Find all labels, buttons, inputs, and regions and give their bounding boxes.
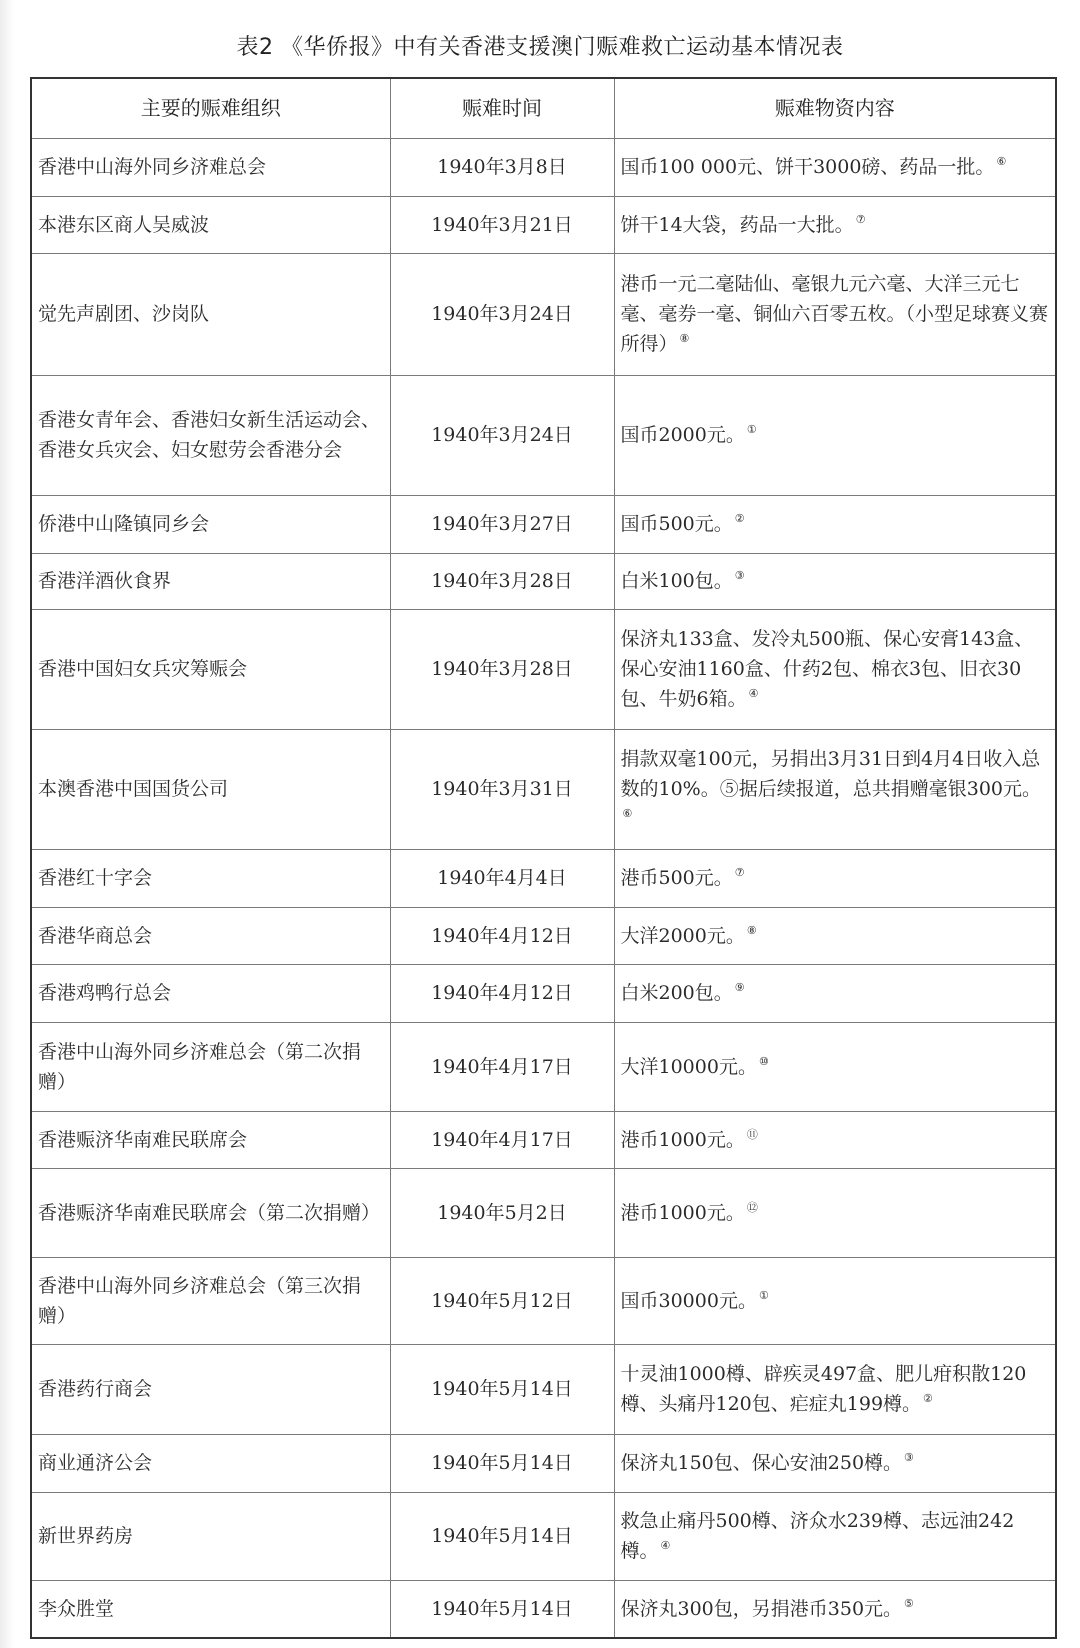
goods-cell-text: 白米200包。 (621, 982, 733, 1004)
goods-cell-text: 白米100包。 (621, 570, 733, 592)
goods-cell-text: 国币500元。 (621, 513, 733, 535)
footnote-marker: ④ (661, 1539, 671, 1552)
table-row: 香港药行商会1940年5月14日十灵油1000樽、辟疾灵497盒、肥儿疳积散12… (31, 1344, 1056, 1434)
date-cell-text: 1940年5月2日 (437, 1202, 567, 1224)
date-cell: 1940年3月8日 (390, 138, 614, 196)
goods-cell: 保济丸300包，另捐港币350元。⑤ (614, 1580, 1056, 1638)
footnote-marker: ⑩ (759, 1055, 769, 1068)
organization-cell-text: 本港东区商人吴威波 (38, 214, 209, 236)
date-cell: 1940年5月14日 (390, 1344, 614, 1434)
goods-cell-text: 十灵油1000樽、辟疾灵497盒、肥儿疳积散120樽、头痛丹120包、疟症丸19… (621, 1363, 1027, 1415)
footnote-marker: ⑫ (747, 1201, 758, 1214)
goods-cell: 大洋10000元。⑩ (614, 1022, 1056, 1111)
date-cell: 1940年4月4日 (390, 849, 614, 907)
date-cell-text: 1940年5月14日 (431, 1525, 573, 1547)
date-cell: 1940年3月21日 (390, 196, 614, 253)
footnote-marker: ⑥ (623, 807, 633, 820)
table-row: 香港鸡鸭行总会1940年4月12日白米200包。⑨ (31, 964, 1056, 1022)
footnote-marker: ⑦ (856, 213, 866, 226)
date-cell-text: 1940年5月12日 (431, 1290, 573, 1312)
table-row: 香港洋酒伙食界1940年3月28日白米100包。③ (31, 553, 1056, 609)
relief-table: 主要的赈难组织 赈难时间 赈难物资内容 香港中山海外同乡济难总会1940年3月8… (30, 77, 1057, 1639)
date-cell: 1940年3月31日 (390, 729, 614, 849)
date-cell-text: 1940年4月17日 (431, 1129, 573, 1151)
page-edge-shadow (0, 0, 14, 1648)
header-goods: 赈难物资内容 (614, 78, 1056, 138)
footnote-marker: ② (923, 1392, 933, 1405)
organization-cell: 本港东区商人吴威波 (31, 196, 390, 253)
organization-cell-text: 新世界药房 (38, 1525, 133, 1547)
table-row: 香港中山海外同乡济难总会（第二次捐赠）1940年4月17日大洋10000元。⑩ (31, 1022, 1056, 1111)
date-cell: 1940年5月2日 (390, 1168, 614, 1257)
goods-cell: 国币30000元。① (614, 1257, 1056, 1344)
date-cell-text: 1940年5月14日 (431, 1452, 573, 1474)
goods-cell: 救急止痛丹500樽、济众水239樽、志远油242樽。④ (614, 1492, 1056, 1580)
organization-cell: 觉先声剧团、沙岗队 (31, 253, 390, 375)
goods-cell: 国币2000元。① (614, 375, 1056, 495)
organization-cell-text: 觉先声剧团、沙岗队 (38, 303, 209, 325)
date-cell-text: 1940年3月27日 (431, 513, 573, 535)
table-row: 本港东区商人吴威波1940年3月21日饼干14大袋，药品一大批。⑦ (31, 196, 1056, 253)
goods-cell-text: 大洋2000元。 (621, 925, 745, 947)
organization-cell: 香港中国妇女兵灾筹赈会 (31, 609, 390, 729)
footnote-marker: ⑪ (747, 1128, 758, 1141)
goods-cell-text: 饼干14大袋，药品一大批。 (621, 214, 854, 236)
goods-cell: 保济丸150包、保心安油250樽。③ (614, 1434, 1056, 1492)
goods-cell: 港币1000元。⑫ (614, 1168, 1056, 1257)
organization-cell: 香港华商总会 (31, 907, 390, 964)
footnote-marker: ③ (904, 1451, 914, 1464)
date-cell-text: 1940年3月21日 (431, 214, 573, 236)
date-cell-text: 1940年3月24日 (431, 424, 573, 446)
organization-cell-text: 香港赈济华南难民联席会（第二次捐赠） (38, 1202, 380, 1224)
table-row: 新世界药房1940年5月14日救急止痛丹500樽、济众水239樽、志远油242樽… (31, 1492, 1056, 1580)
organization-cell-text: 李众胜堂 (38, 1598, 114, 1620)
organization-cell: 香港赈济华南难民联席会 (31, 1111, 390, 1168)
organization-cell: 香港赈济华南难民联席会（第二次捐赠） (31, 1168, 390, 1257)
organization-cell: 本澳香港中国国货公司 (31, 729, 390, 849)
organization-cell: 香港鸡鸭行总会 (31, 964, 390, 1022)
table-row: 香港中山海外同乡济难总会（第三次捐赠）1940年5月12日国币30000元。① (31, 1257, 1056, 1344)
footnote-marker: ⑨ (735, 981, 745, 994)
organization-cell: 商业通济公会 (31, 1434, 390, 1492)
footnote-marker: ① (759, 1289, 769, 1302)
organization-cell-text: 侨港中山隆镇同乡会 (38, 513, 209, 535)
table-header-row: 主要的赈难组织 赈难时间 赈难物资内容 (31, 78, 1056, 138)
organization-cell: 香港女青年会、香港妇女新生活运动会、香港女兵灾会、妇女慰劳会香港分会 (31, 375, 390, 495)
footnote-marker: ⑤ (904, 1597, 914, 1610)
table-row: 香港女青年会、香港妇女新生活运动会、香港女兵灾会、妇女慰劳会香港分会1940年3… (31, 375, 1056, 495)
date-cell: 1940年5月14日 (390, 1492, 614, 1580)
date-cell: 1940年5月14日 (390, 1580, 614, 1638)
date-cell: 1940年5月14日 (390, 1434, 614, 1492)
goods-cell-text: 港币500元。 (621, 867, 733, 889)
goods-cell-text: 大洋10000元。 (621, 1056, 757, 1078)
table-caption: 表2 《华侨报》中有关香港支援澳门赈难救亡运动基本情况表 (0, 30, 1080, 61)
table-row: 香港中山海外同乡济难总会1940年3月8日国币100 000元、饼干3000磅、… (31, 138, 1056, 196)
goods-cell: 港币一元二毫陆仙、毫银九元六毫、大洋三元七毫、毫券一毫、铜仙六百零五枚。（小型足… (614, 253, 1056, 375)
organization-cell: 香港中山海外同乡济难总会（第二次捐赠） (31, 1022, 390, 1111)
header-date: 赈难时间 (390, 78, 614, 138)
organization-cell-text: 商业通济公会 (38, 1452, 152, 1474)
date-cell: 1940年4月17日 (390, 1111, 614, 1168)
goods-cell-text: 国币100 000元、饼干3000磅、药品一批。 (621, 156, 995, 178)
header-organization: 主要的赈难组织 (31, 78, 390, 138)
date-cell-text: 1940年3月8日 (437, 156, 567, 178)
goods-cell: 大洋2000元。⑧ (614, 907, 1056, 964)
table-row: 李众胜堂1940年5月14日保济丸300包，另捐港币350元。⑤ (31, 1580, 1056, 1638)
organization-cell-text: 香港中山海外同乡济难总会（第三次捐赠） (38, 1275, 361, 1327)
date-cell: 1940年4月12日 (390, 907, 614, 964)
goods-cell: 饼干14大袋，药品一大批。⑦ (614, 196, 1056, 253)
goods-cell-text: 港币1000元。 (621, 1202, 745, 1224)
table-row: 香港中国妇女兵灾筹赈会1940年3月28日保济丸133盒、发冷丸500瓶、保心安… (31, 609, 1056, 729)
goods-cell: 保济丸133盒、发冷丸500瓶、保心安膏143盒、保心安油1160盒、什药2包、… (614, 609, 1056, 729)
organization-cell-text: 香港中山海外同乡济难总会（第二次捐赠） (38, 1041, 361, 1093)
goods-cell: 白米100包。③ (614, 553, 1056, 609)
table-row: 商业通济公会1940年5月14日保济丸150包、保心安油250樽。③ (31, 1434, 1056, 1492)
date-cell-text: 1940年4月12日 (431, 982, 573, 1004)
date-cell: 1940年5月12日 (390, 1257, 614, 1344)
table-row: 香港赈济华南难民联席会（第二次捐赠）1940年5月2日港币1000元。⑫ (31, 1168, 1056, 1257)
date-cell: 1940年4月17日 (390, 1022, 614, 1111)
footnote-marker: ④ (749, 687, 759, 700)
organization-cell-text: 香港药行商会 (38, 1378, 152, 1400)
goods-cell-text: 救急止痛丹500樽、济众水239樽、志远油242樽。 (621, 1510, 1015, 1562)
organization-cell: 香港药行商会 (31, 1344, 390, 1434)
goods-cell: 白米200包。⑨ (614, 964, 1056, 1022)
date-cell-text: 1940年3月28日 (431, 570, 573, 592)
organization-cell-text: 香港鸡鸭行总会 (38, 982, 171, 1004)
organization-cell-text: 香港赈济华南难民联席会 (38, 1129, 247, 1151)
footnote-marker: ⑧ (680, 332, 690, 345)
goods-cell: 捐款双毫100元，另捐出3月31日到4月4日收入总数的10%。⑤据后续报道，总共… (614, 729, 1056, 849)
goods-cell-text: 捐款双毫100元，另捐出3月31日到4月4日收入总数的10%。⑤据后续报道，总共… (621, 748, 1042, 800)
date-cell-text: 1940年5月14日 (431, 1598, 573, 1620)
organization-cell: 侨港中山隆镇同乡会 (31, 495, 390, 553)
date-cell-text: 1940年5月14日 (431, 1378, 573, 1400)
date-cell-text: 1940年4月12日 (431, 925, 573, 947)
goods-cell-text: 港币1000元。 (621, 1129, 745, 1151)
organization-cell: 李众胜堂 (31, 1580, 390, 1638)
goods-cell: 港币1000元。⑪ (614, 1111, 1056, 1168)
table-row: 侨港中山隆镇同乡会1940年3月27日国币500元。② (31, 495, 1056, 553)
footnote-marker: ③ (735, 569, 745, 582)
footnote-marker: ② (735, 512, 745, 525)
date-cell: 1940年3月28日 (390, 609, 614, 729)
organization-cell-text: 香港女青年会、香港妇女新生活运动会、香港女兵灾会、妇女慰劳会香港分会 (38, 409, 380, 461)
organization-cell: 香港红十字会 (31, 849, 390, 907)
organization-cell-text: 香港红十字会 (38, 867, 152, 889)
goods-cell: 国币100 000元、饼干3000磅、药品一批。⑥ (614, 138, 1056, 196)
organization-cell: 香港洋酒伙食界 (31, 553, 390, 609)
date-cell-text: 1940年4月17日 (431, 1056, 573, 1078)
table-row: 香港红十字会1940年4月4日港币500元。⑦ (31, 849, 1056, 907)
organization-cell-text: 香港中国妇女兵灾筹赈会 (38, 658, 247, 680)
date-cell-text: 1940年3月31日 (431, 778, 573, 800)
date-cell: 1940年3月24日 (390, 253, 614, 375)
goods-cell-text: 国币30000元。 (621, 1290, 757, 1312)
table-row: 香港赈济华南难民联席会1940年4月17日港币1000元。⑪ (31, 1111, 1056, 1168)
table-body: 香港中山海外同乡济难总会1940年3月8日国币100 000元、饼干3000磅、… (31, 138, 1056, 1638)
table-row: 觉先声剧团、沙岗队1940年3月24日港币一元二毫陆仙、毫银九元六毫、大洋三元七… (31, 253, 1056, 375)
goods-cell: 港币500元。⑦ (614, 849, 1056, 907)
organization-cell-text: 香港华商总会 (38, 925, 152, 947)
footnote-marker: ⑧ (747, 924, 757, 937)
organization-cell: 香港中山海外同乡济难总会（第三次捐赠） (31, 1257, 390, 1344)
date-cell-text: 1940年3月24日 (431, 303, 573, 325)
organization-cell: 新世界药房 (31, 1492, 390, 1580)
goods-cell-text: 保济丸300包，另捐港币350元。 (621, 1598, 903, 1620)
footnote-marker: ⑦ (735, 866, 745, 879)
date-cell-text: 1940年3月28日 (431, 658, 573, 680)
footnote-marker: ① (747, 423, 757, 436)
organization-cell-text: 香港中山海外同乡济难总会 (38, 156, 266, 178)
organization-cell-text: 本澳香港中国国货公司 (38, 778, 228, 800)
goods-cell: 国币500元。② (614, 495, 1056, 553)
goods-cell: 十灵油1000樽、辟疾灵497盒、肥儿疳积散120樽、头痛丹120包、疟症丸19… (614, 1344, 1056, 1434)
date-cell: 1940年3月24日 (390, 375, 614, 495)
goods-cell-text: 国币2000元。 (621, 424, 745, 446)
goods-cell-text: 保济丸150包、保心安油250樽。 (621, 1452, 903, 1474)
date-cell: 1940年3月27日 (390, 495, 614, 553)
date-cell: 1940年4月12日 (390, 964, 614, 1022)
table-row: 本澳香港中国国货公司1940年3月31日捐款双毫100元，另捐出3月31日到4月… (31, 729, 1056, 849)
date-cell: 1940年3月28日 (390, 553, 614, 609)
organization-cell-text: 香港洋酒伙食界 (38, 570, 171, 592)
goods-cell-text: 保济丸133盒、发冷丸500瓶、保心安膏143盒、保心安油1160盒、什药2包、… (621, 628, 1034, 710)
table-row: 香港华商总会1940年4月12日大洋2000元。⑧ (31, 907, 1056, 964)
footnote-marker: ⑥ (996, 155, 1006, 168)
date-cell-text: 1940年4月4日 (437, 867, 567, 889)
organization-cell: 香港中山海外同乡济难总会 (31, 138, 390, 196)
